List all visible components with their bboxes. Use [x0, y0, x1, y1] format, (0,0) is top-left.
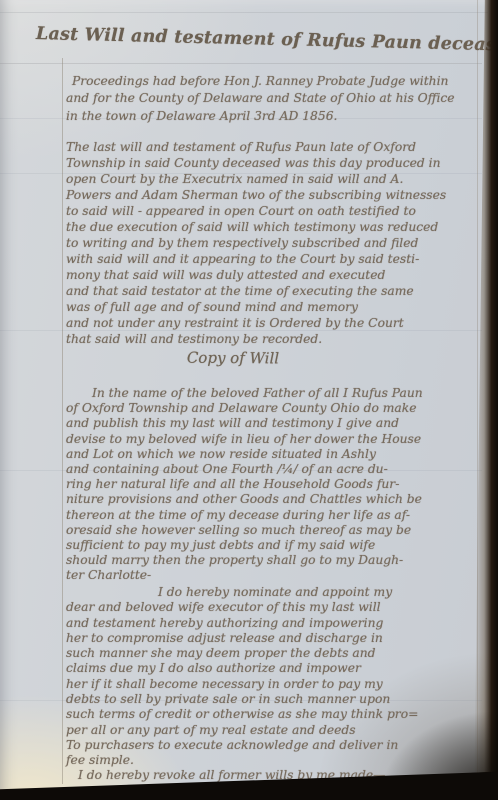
handwritten-line: ter Charlotte- [66, 568, 476, 583]
handwritten-line: mony that said will was duly attested an… [66, 267, 476, 283]
handwritten-line: Powers and Adam Sherman two of the subsc… [66, 187, 476, 203]
handwritten-line: In the name of the beloved Father of all… [66, 386, 476, 401]
handwritten-line: her to compromise adjust release and dis… [66, 631, 476, 646]
handwritten-line: to said will - appeared in open Court on… [66, 203, 476, 219]
handwritten-line: The last will and testament of Rufus Pau… [66, 139, 476, 155]
handwritten-line: and testament hereby authorizing and imp… [66, 616, 476, 631]
handwritten-line: Township in said County deceased was thi… [66, 155, 476, 171]
handwritten-line: thereon at the time of my decease during… [66, 508, 476, 523]
handwritten-line: was of full age and of sound mind and me… [66, 299, 476, 315]
paragraph-bequest: In the name of the beloved Father of all… [66, 386, 476, 584]
handwritten-line: debts to sell by private sale or in such… [66, 692, 476, 707]
handwritten-line: of Oxford Township and Delaware County O… [66, 401, 476, 416]
handwritten-line: devise to my beloved wife in lieu of her… [66, 432, 476, 447]
handwritten-line: her if it shall become necessary in orde… [66, 677, 476, 692]
handwritten-line: sufficient to pay my just debts and if m… [66, 538, 476, 553]
handwritten-line: and containing about One Fourth /¼/ of a… [66, 462, 476, 477]
handwritten-line: oresaid she however selling so much ther… [66, 523, 476, 538]
handwritten-line: open Court by the Executrix named in sai… [66, 171, 476, 187]
handwritten-line: to writing and by them respectively subs… [66, 235, 476, 251]
handwritten-line: that said will and testimony be recorded… [66, 331, 476, 347]
handwritten-line: in the town of Delaware April 3rd AD 185… [66, 108, 476, 125]
paragraph-probate-order: The last will and testament of Rufus Pau… [66, 139, 476, 347]
handwritten-line: and that said testator at the time of ex… [66, 283, 476, 299]
handwritten-line: claims due my I do also authorize and im… [66, 661, 476, 676]
handwritten-line: the due execution of said will which tes… [66, 219, 476, 235]
handwritten-line: should marry then the property shall go … [66, 553, 476, 568]
handwritten-line: and for the County of Delaware and State… [66, 90, 476, 107]
paragraph-proceedings: Proceedings had before Hon J. Ranney Pro… [66, 73, 476, 125]
page-title: Last Will and testament of Rufus Paun de… [36, 24, 498, 57]
handwritten-line: ring her natural life and all the Househ… [66, 477, 476, 492]
handwritten-line: Proceedings had before Hon J. Ranney Pro… [66, 73, 476, 90]
copy-of-will-heading: Copy of Will [0, 347, 472, 369]
handwritten-line: I do hereby nominate and appoint my [66, 585, 476, 600]
handwritten-line: such manner she may deem proper the debt… [66, 646, 476, 661]
handwritten-line: with said will and it appearing to the C… [66, 251, 476, 267]
handwriting-layer: Last Will and testament of Rufus Paun de… [0, 0, 498, 800]
handwritten-line: and publish this my last will and testim… [66, 416, 476, 431]
handwritten-line: niture provisions and other Goods and Ch… [66, 492, 476, 507]
handwritten-line: and Lot on which we now reside situated … [66, 447, 476, 462]
page-title-text: Last Will and testament of Rufus Paun de… [36, 24, 498, 56]
handwritten-line: dear and beloved wife executor of this m… [66, 600, 476, 615]
scanned-document: Last Will and testament of Rufus Paun de… [0, 0, 498, 800]
handwritten-line: and not under any restraint it is Ordere… [66, 315, 476, 331]
